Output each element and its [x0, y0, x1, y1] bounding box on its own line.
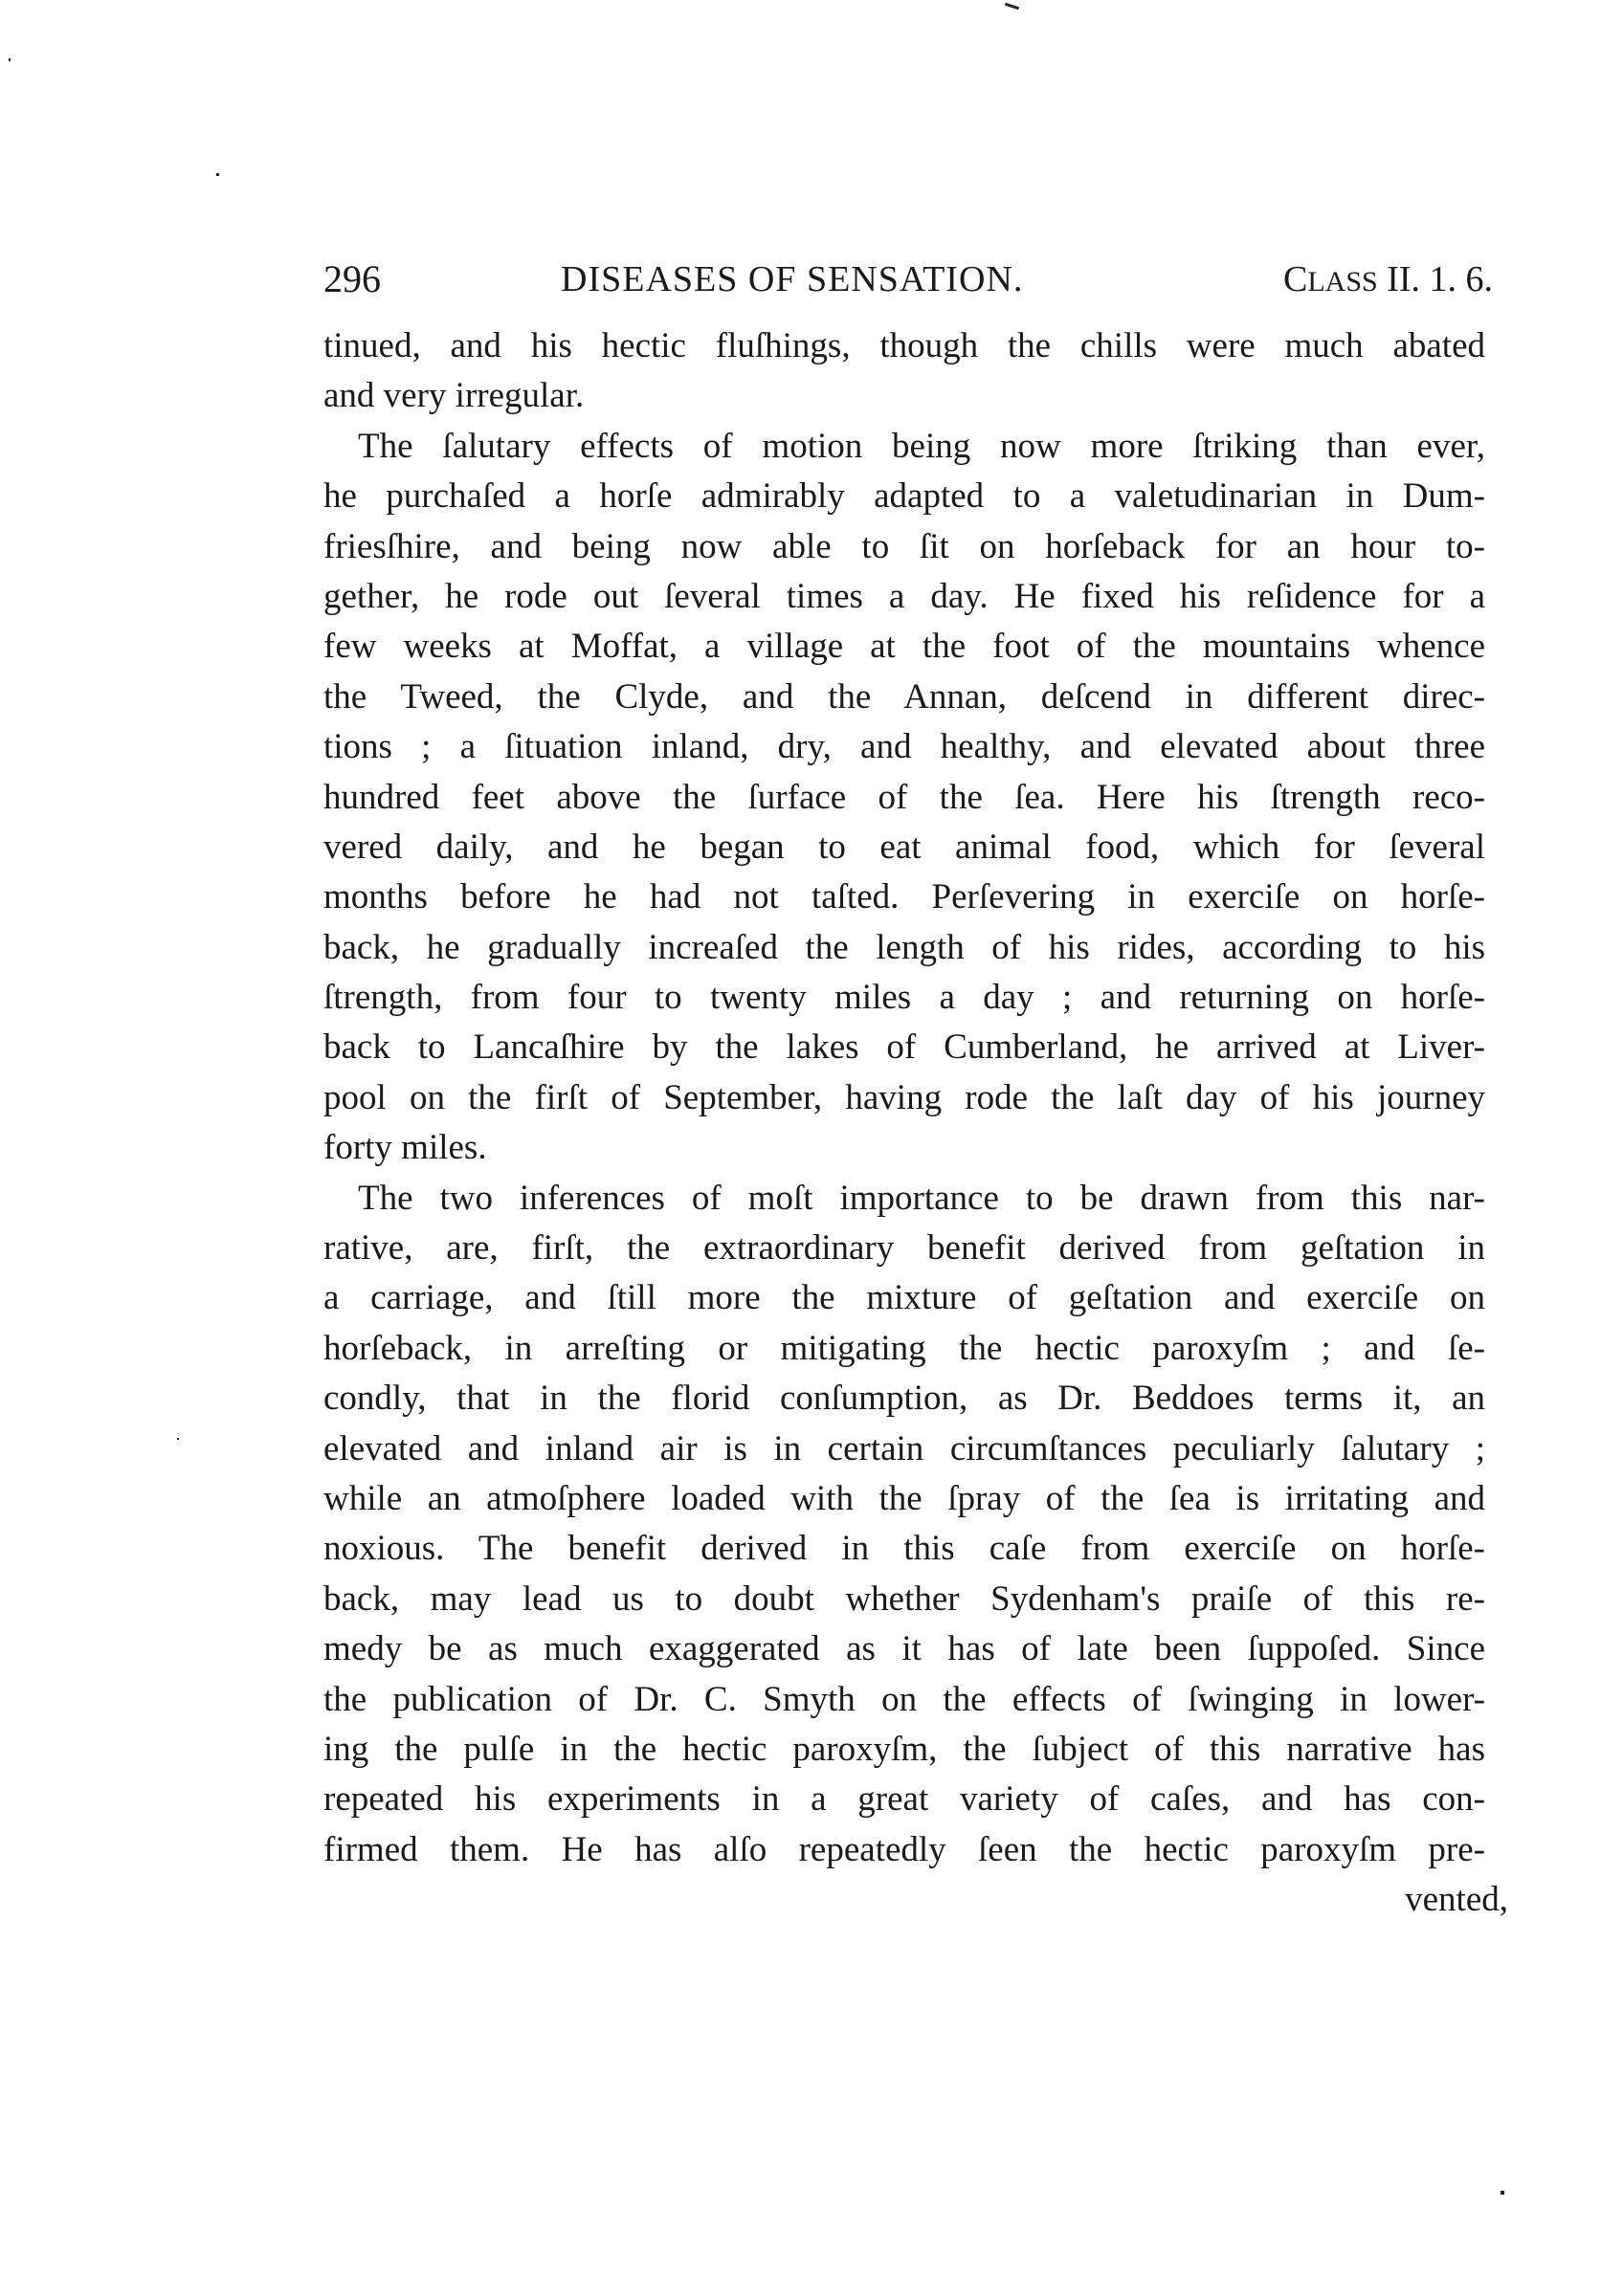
text-line: vered daily, and he began to eat animal … — [323, 823, 1485, 872]
text-line: hundred feet above the ſurface of the ſe… — [323, 773, 1485, 823]
text-line: condly, that in the florid conſumption, … — [323, 1374, 1485, 1424]
page-number: 296 — [323, 251, 381, 308]
running-title: DISEASES OF SENSATION. — [561, 251, 1023, 308]
text-line: gether, he rode out ſeveral times a day.… — [323, 572, 1485, 622]
text-line: he purchaſed a horſe admirably adapted t… — [323, 472, 1485, 521]
scan-speck — [216, 173, 219, 176]
text-line: the publication of Dr. C. Smyth on the e… — [323, 1675, 1485, 1725]
text-line: and very irregular. — [323, 371, 1485, 421]
text-line: forty miles. — [323, 1123, 1485, 1173]
scan-speck — [177, 1438, 179, 1440]
document-page: 296 DISEASES OF SENSATION. CLASS II. 1. … — [0, 0, 1623, 2296]
text-line: rative, are, firſt, the extraordinary be… — [323, 1224, 1485, 1273]
paragraph-start-line: The two inferences of moſt importance to… — [323, 1174, 1485, 1224]
scan-speck — [1005, 3, 1019, 10]
text-line: horſeback, in arreſting or mitigating th… — [323, 1324, 1485, 1374]
section-ref-rest: II. 1. 6. — [1378, 259, 1493, 299]
text-line: ſtrength, from four to twenty miles a da… — [323, 973, 1485, 1023]
text-line: back, may lead us to doubt whether Syden… — [323, 1575, 1485, 1624]
section-reference: CLASS II. 1. 6. — [1283, 251, 1493, 311]
text-line: tions ; a ſituation inland, dry, and hea… — [323, 722, 1485, 772]
catchword: vented, — [323, 1875, 1508, 1925]
text-line: firmed them. He has alſo repeatedly ſeen… — [323, 1825, 1485, 1875]
text-line: back, he gradually increaſed the length … — [323, 923, 1485, 973]
body-text: tinued, and his hectic fluſhings, though… — [323, 321, 1485, 1926]
section-ref-prefix: C — [1283, 259, 1307, 299]
section-ref-smallcaps: LASS — [1307, 266, 1377, 298]
scan-speck — [1501, 2191, 1504, 2195]
text-line: elevated and inland air is in certain ci… — [323, 1424, 1485, 1474]
scan-speck — [9, 58, 11, 61]
text-line: medy be as much exaggerated as it has of… — [323, 1624, 1485, 1674]
text-line: a carriage, and ſtill more the mixture o… — [323, 1273, 1485, 1323]
paragraph-start-line: The ſalutary effects of motion being now… — [323, 422, 1485, 472]
text-line: repeated his experiments in a great vari… — [323, 1775, 1485, 1824]
text-line: tinued, and his hectic fluſhings, though… — [323, 321, 1485, 371]
page-header: 296 DISEASES OF SENSATION. CLASS II. 1. … — [323, 251, 1493, 308]
text-line: months before he had not taſted. Perſeve… — [323, 872, 1485, 922]
text-line: few weeks at Moffat, a village at the fo… — [323, 622, 1485, 672]
text-line: back to Lancaſhire by the lakes of Cumbe… — [323, 1023, 1485, 1072]
text-line: friesſhire, and being now able to ſit on… — [323, 522, 1485, 572]
text-line: while an atmoſphere loaded with the ſpra… — [323, 1474, 1485, 1524]
text-line: noxious. The benefit derived in this caſ… — [323, 1524, 1485, 1574]
text-line: pool on the firſt of September, having r… — [323, 1073, 1485, 1123]
text-line: ing the pulſe in the hectic paroxyſm, th… — [323, 1725, 1485, 1775]
text-line: the Tweed, the Clyde, and the Annan, deſ… — [323, 673, 1485, 722]
